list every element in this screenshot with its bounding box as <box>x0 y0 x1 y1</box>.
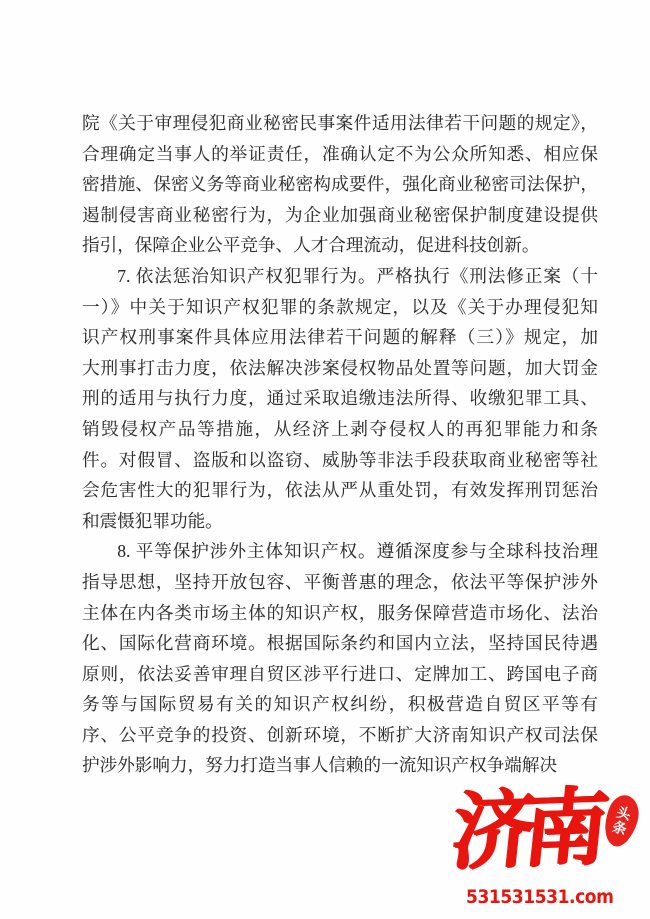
text-line: 识产权刑事案件具体应用法律若干问题的解释（三）》规定，加 <box>82 322 598 353</box>
text-line: 密措施、保密义务等商业秘密构成要件，强化商业秘密司法保护， <box>82 169 598 200</box>
text-line: 会危害性大的犯罪行为，依法从严从重处罚，有效发挥刑罚惩治 <box>82 475 598 506</box>
text-line: 遏制侵害商业秘密行为，为企业加强商业秘密保护制度建设提供 <box>82 200 598 231</box>
text-line: 序、公平竞争的投资、创新环境，不断扩大济南知识产权司法保 <box>82 720 598 751</box>
text-line: 大刑事打击力度，依法解决涉案侵权物品处置等问题，加大罚金 <box>82 353 598 384</box>
text-line: 护涉外影响力，努力打造当事人信赖的一流知识产权争端解决 <box>82 750 598 781</box>
text-line: 7. 依法惩治知识产权犯罪行为。严格执行《刑法修正案（十 <box>82 261 598 292</box>
seal-char-bottom: 条 <box>611 819 629 837</box>
text-line: 院《关于审理侵犯商业秘密民事案件适用法律若干问题的规定》， <box>82 108 598 139</box>
jinan-calligraphy-logo: 济南 <box>447 781 601 882</box>
text-line: 件。对假冒、盗版和以盗窃、威胁等非法手段获取商业秘密等社 <box>82 445 598 476</box>
text-line: 一）》中关于知识产权犯罪的条款规定，以及《关于办理侵犯知 <box>82 292 598 323</box>
site-url-text: 531531531.com <box>466 886 613 908</box>
text-line: 和震慑犯罪功能。 <box>82 506 598 537</box>
text-line: 刑的适用与执行力度，通过采取追缴违法所得、收缴犯罪工具、 <box>82 383 598 414</box>
text-line: 合理确定当事人的举证责任，准确认定不为公众所知悉、相应保 <box>82 139 598 170</box>
toutiao-seal-badge: 头 条 <box>599 792 643 851</box>
text-line: 销毁侵权产品等措施，从经济上剥夺侵权人的再犯罪能力和条 <box>82 414 598 445</box>
text-line: 化、国际化营商环境。根据国际条约和国内立法，坚持国民待遇 <box>82 628 598 659</box>
text-line: 主体在内各类市场主体的知识产权，服务保障营造市场化、法治 <box>82 598 598 629</box>
document-text: 院《关于审理侵犯商业秘密民事案件适用法律若干问题的规定》，合理确定当事人的举证责… <box>82 108 598 781</box>
text-line: 原则，依法妥善审理自贸区涉平行进口、定牌加工、跨国电子商 <box>82 659 598 690</box>
text-line: 指导思想，坚持开放包容、平衡普惠的理念，依法平等保护涉外 <box>82 567 598 598</box>
document-page: 院《关于审理侵犯商业秘密民事案件适用法律若干问题的规定》，合理确定当事人的举证责… <box>0 0 650 919</box>
text-line: 8. 平等保护涉外主体知识产权。遵循深度参与全球科技治理 <box>82 536 598 567</box>
text-line: 务等与国际贸易有关的知识产权纠纷，积极营造自贸区平等有 <box>82 689 598 720</box>
jinan-toutiao-watermark: 济南 头 条 531531531.com <box>440 780 650 919</box>
text-line: 指引，保障企业公平竞争、人才合理流动，促进科技创新。 <box>82 230 598 261</box>
